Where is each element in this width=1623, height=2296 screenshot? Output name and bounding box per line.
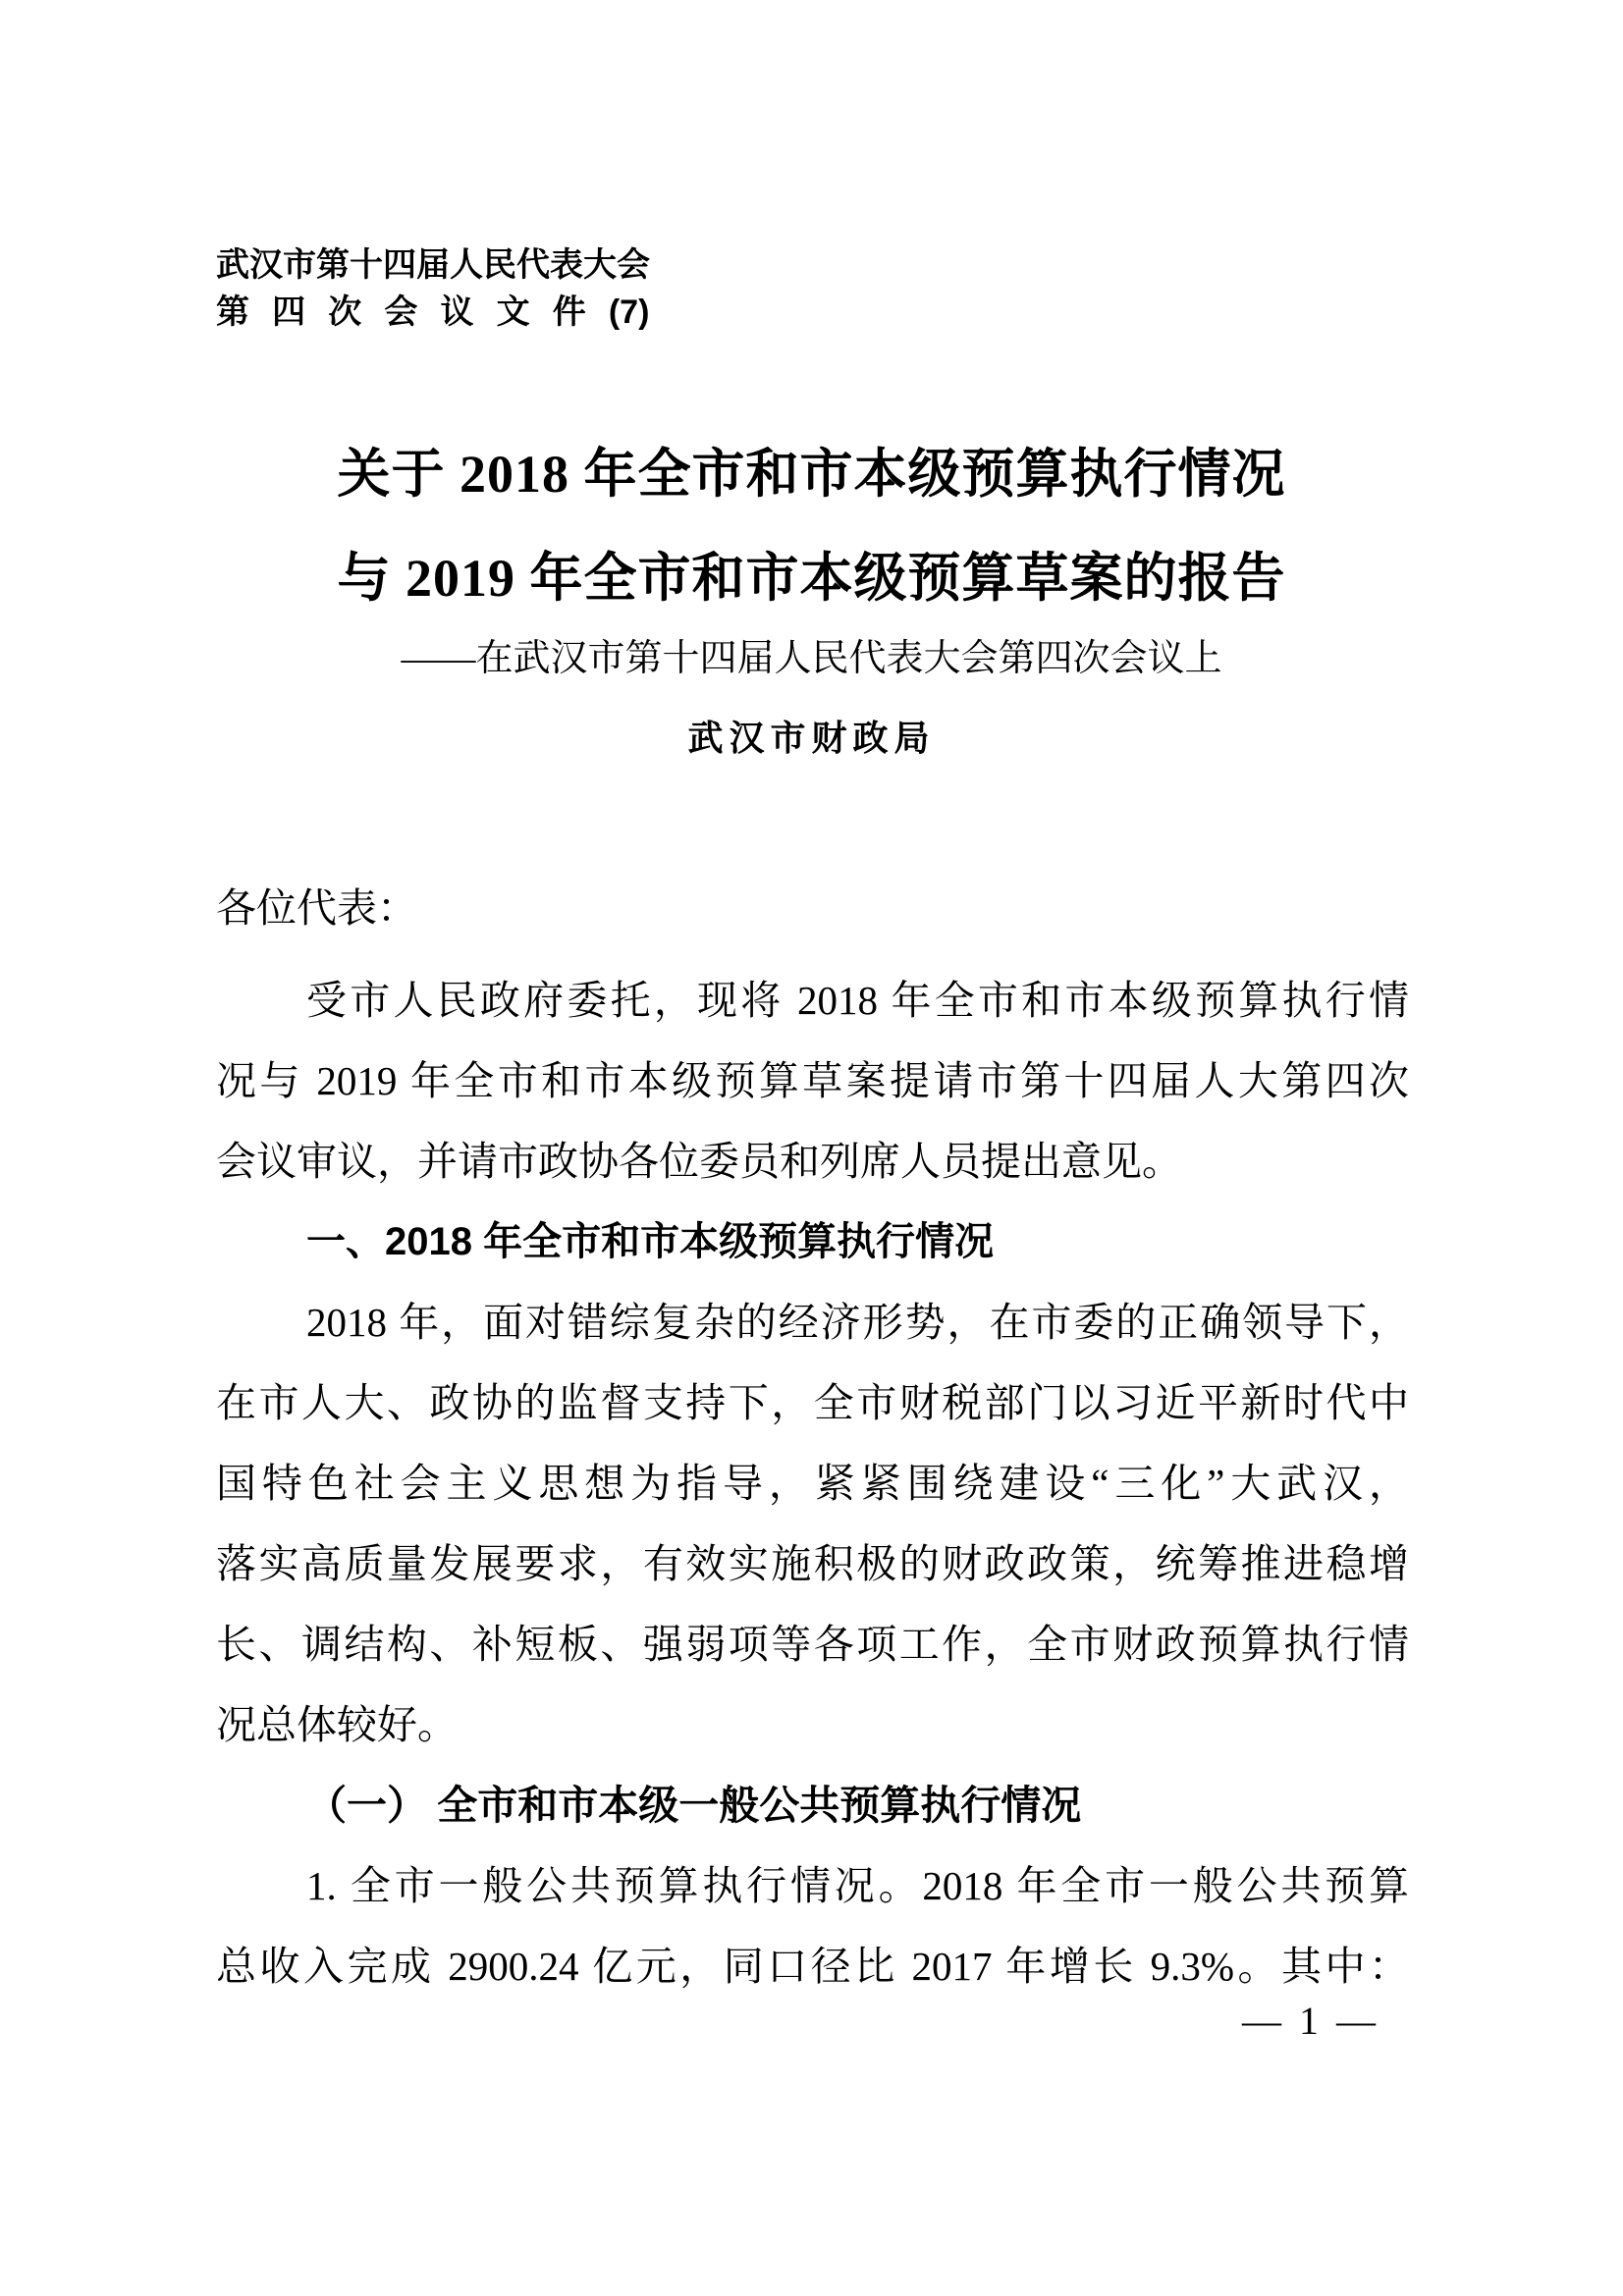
paragraph1-line3: 会议审议，并请市政协各位委员和列席人员提出意见。: [216, 1121, 1409, 1201]
paragraph3-line1-lead: 1. 全市一般公共预算执行情况。: [306, 1863, 922, 1908]
paragraph2-line6: 况总体较好。: [216, 1684, 1409, 1765]
subsection1-heading: （一） 全市和市本级一般公共预算执行情况: [216, 1765, 1409, 1845]
document-page: 武汉市第十四届人民代表大会 第四次会议文件(7) 关于 2018 年全市和市本级…: [0, 0, 1623, 2296]
paragraph2-line1: 2018 年，面对错综复杂的经济形势，在市委的正确领导下，: [216, 1282, 1409, 1362]
paragraph2-line5: 长、调结构、补短板、强弱项等各项工作，全市财政预算执行情: [216, 1604, 1409, 1684]
paragraph1-line2: 况与 2019 年全市和市本级预算草案提请市第十四届人大第四次: [216, 1041, 1409, 1121]
report-body: 各位代表： 受市人民政府委托，现将 2018 年全市和市本级预算执行情 况与 2…: [216, 868, 1409, 2006]
header-doc-number: (7): [609, 294, 650, 331]
report-author: 武汉市财政局: [0, 715, 1623, 762]
paragraph3-line1: 1. 全市一般公共预算执行情况。2018 年全市一般公共预算: [216, 1845, 1409, 1926]
header-organization-line: 武汉市第十四届人民代表大会: [216, 241, 650, 289]
paragraph3-line1-rest: 2018 年全市一般公共预算: [922, 1863, 1409, 1908]
document-header: 武汉市第十四届人民代表大会 第四次会议文件(7): [216, 241, 650, 336]
page-number: — 1 —: [1242, 1997, 1380, 2046]
report-title-line1: 关于 2018 年全市和市本级预算执行情况: [0, 422, 1623, 526]
section1-heading: 一、2018 年全市和市本级预算执行情况: [216, 1201, 1409, 1282]
paragraph3-line2: 总收入完成 2900.24 亿元，同口径比 2017 年增长 9.3%。其中：: [216, 1926, 1409, 2006]
paragraph1-line1: 受市人民政府委托，现将 2018 年全市和市本级预算执行情: [216, 960, 1409, 1041]
paragraph2-line4: 落实高质量发展要求，有效实施积极的财政政策，统筹推进稳增: [216, 1523, 1409, 1604]
header-session-doc-text: 第四次会议文件: [216, 294, 609, 331]
salutation: 各位代表：: [216, 868, 1409, 948]
header-session-doc-line: 第四次会议文件(7): [216, 289, 650, 336]
report-title: 关于 2018 年全市和市本级预算执行情况 与 2019 年全市和市本级预算草案…: [0, 422, 1623, 630]
report-subtitle: ——在武汉市第十四届人民代表大会第四次会议上: [0, 634, 1623, 683]
paragraph2-line3: 国特色社会主义思想为指导，紧紧围绕建设“三化”大武汉，: [216, 1443, 1409, 1523]
report-title-line2: 与 2019 年全市和市本级预算草案的报告: [0, 526, 1623, 630]
paragraph2-line2: 在市人大、政协的监督支持下，全市财税部门以习近平新时代中: [216, 1362, 1409, 1443]
